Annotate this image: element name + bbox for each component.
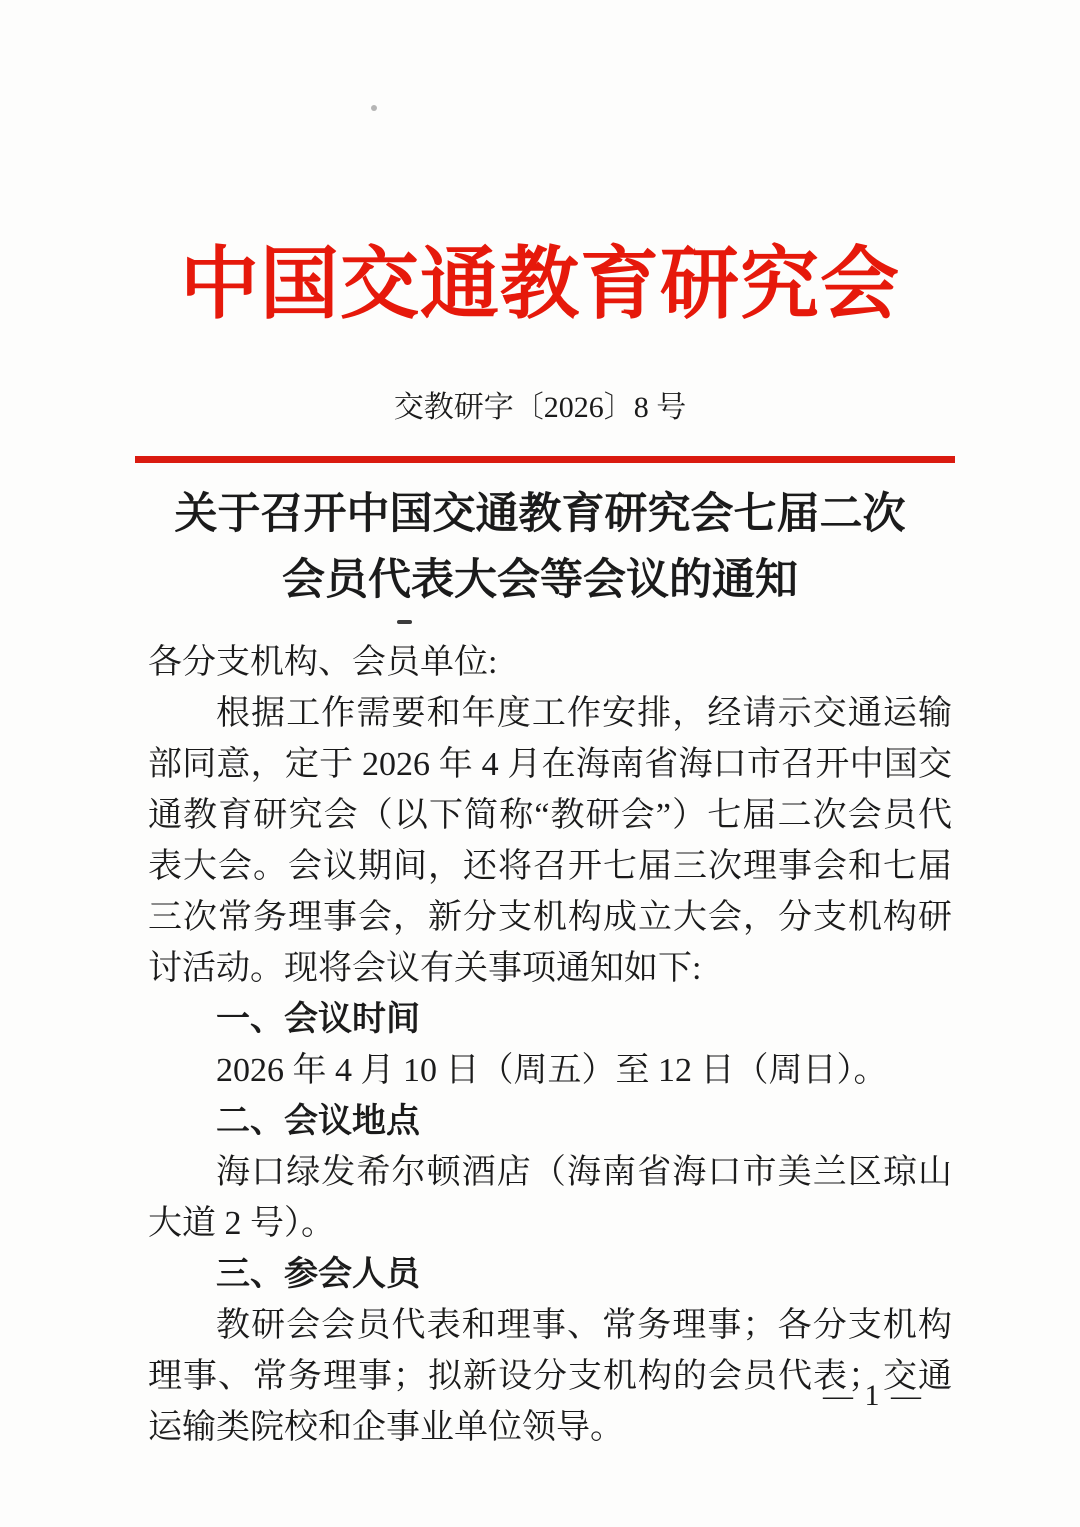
page-number: — 1 — xyxy=(823,1379,923,1412)
scan-dash-artifact xyxy=(397,620,412,624)
section-heading-meeting-location: 二、会议地点 xyxy=(148,1096,952,1147)
org-name-header: 中国交通教育研究会 xyxy=(0,236,1080,336)
document-title-line-1: 关于召开中国交通教育研究会七届二次 xyxy=(0,482,1080,548)
section-heading-participants: 三、参会人员 xyxy=(148,1249,952,1300)
red-divider-line xyxy=(135,456,955,463)
document-page: 中国交通教育研究会 交教研字〔2026〕8 号 关于召开中国交通教育研究会七届二… xyxy=(0,0,1080,1527)
scan-speck-artifact xyxy=(371,105,377,111)
document-title-line-2: 会员代表大会等会议的通知 xyxy=(0,548,1080,614)
section-content-meeting-time: 2026 年 4 月 10 日（周五）至 12 日（周日）。 xyxy=(148,1045,952,1096)
page-footer: — 1 — xyxy=(823,1378,923,1414)
salutation: 各分支机构、会员单位: xyxy=(148,637,952,688)
section-heading-meeting-time: 一、会议时间 xyxy=(148,994,952,1045)
doc-number: 交教研字〔2026〕8 号 xyxy=(0,388,1080,428)
document-body: 各分支机构、会员单位: 根据工作需要和年度工作安排，经请示交通运输部同意，定于 … xyxy=(148,637,952,1453)
intro-paragraph: 根据工作需要和年度工作安排，经请示交通运输部同意，定于 2026 年 4 月在海… xyxy=(148,688,952,994)
section-content-participants: 教研会会员代表和理事、常务理事；各分支机构理事、常务理事；拟新设分支机构的会员代… xyxy=(148,1300,952,1453)
section-content-meeting-location: 海口绿发希尔顿酒店（海南省海口市美兰区琼山大道 2 号）。 xyxy=(148,1147,952,1249)
document-title: 关于召开中国交通教育研究会七届二次 会员代表大会等会议的通知 xyxy=(0,482,1080,614)
